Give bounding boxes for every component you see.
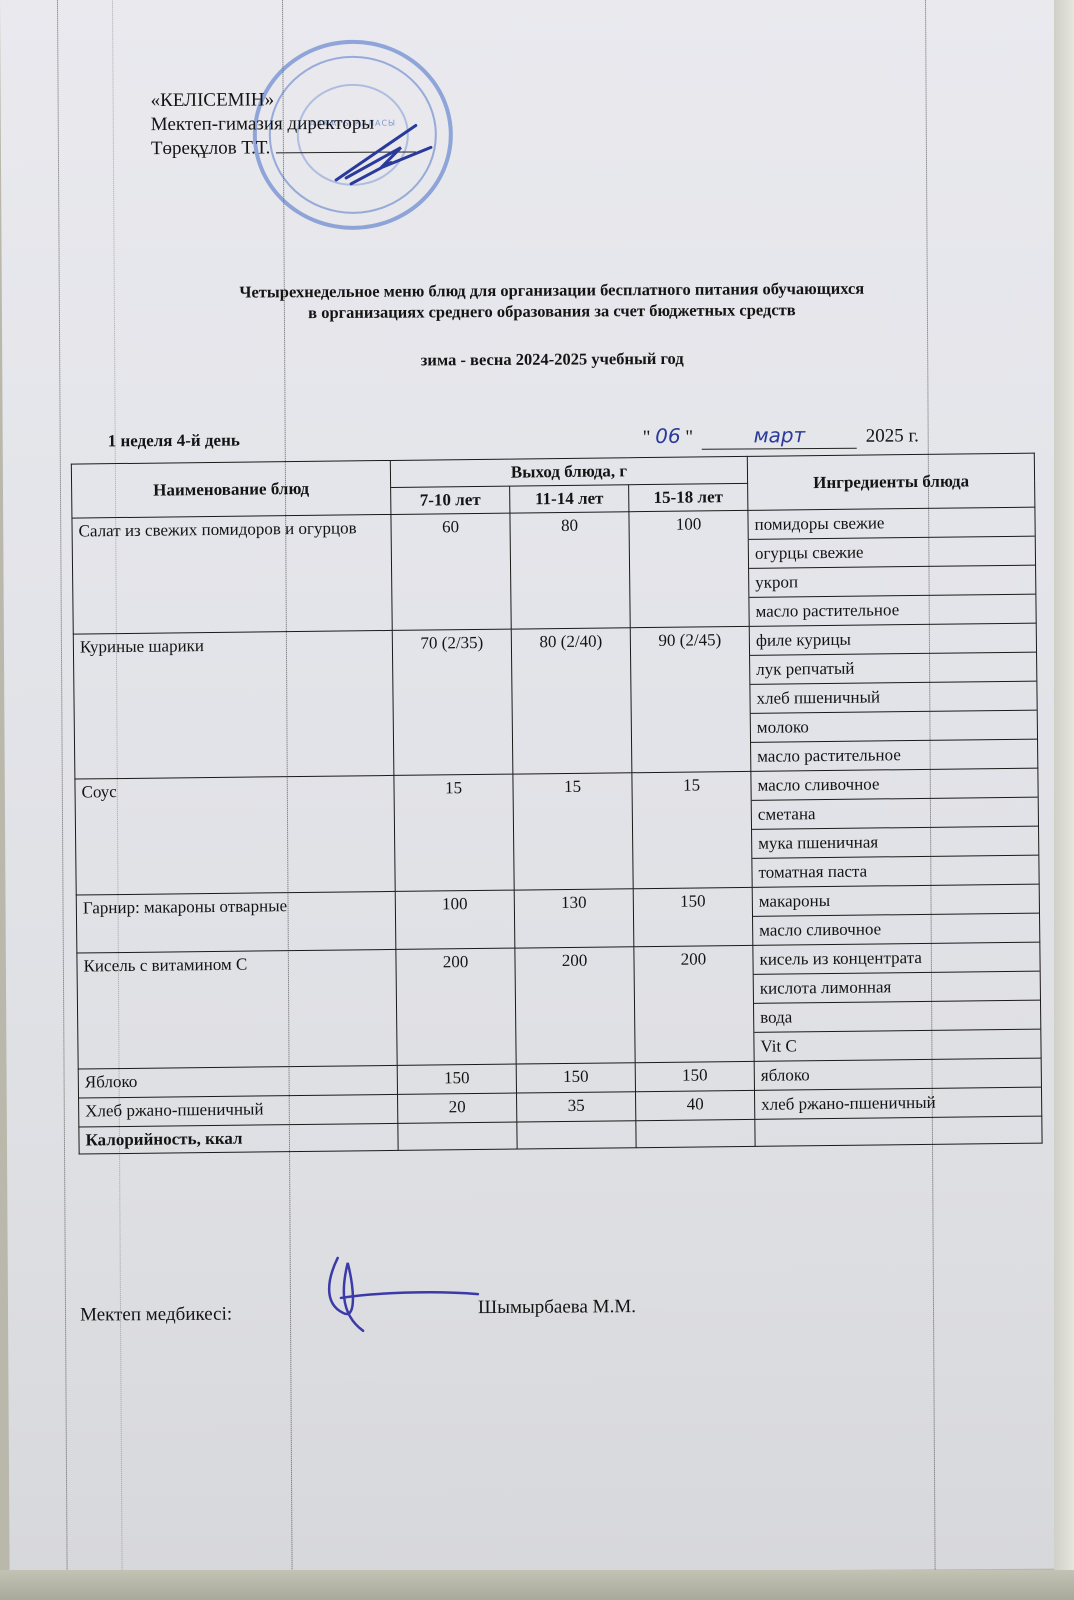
ingredient-item: хлеб ржано-пшеничный [755, 1088, 1041, 1119]
document-title: Четырехнедельное меню блюд для организац… [162, 277, 942, 324]
ingredient-item: Vit C [754, 1030, 1040, 1061]
calories-ingredients [755, 1116, 1042, 1146]
ingredients-list: кисель из концентратакислота лимоннаявод… [753, 942, 1041, 1061]
ingredient-item: помидоры свежие [748, 508, 1034, 540]
yield-11-14: 130 [514, 889, 634, 948]
background-edge [1054, 0, 1074, 1600]
date-year: 2025 г. [866, 425, 919, 446]
ingredient-item: филе курицы [750, 624, 1036, 656]
nurse-label: Мектеп медбикесі: [80, 1304, 232, 1327]
table-row: Гарнир: макароны отварные100130150макаро… [76, 884, 1040, 953]
ingredient-item: сметана [752, 798, 1038, 830]
header-age-11-14: 11-14 лет [510, 485, 629, 513]
yield-15-18: 150 [635, 1061, 754, 1091]
ingredient-item: масло растительное [749, 595, 1035, 626]
yield-11-14: 35 [517, 1092, 636, 1122]
ingredient-item: яблоко [755, 1059, 1041, 1090]
director-name: Төреқұлов Т.Т. [151, 137, 271, 159]
ingredient-item: молоко [751, 711, 1037, 743]
ingredient-item: хлеб пшеничный [750, 682, 1036, 714]
table-row: Соус151515масло сливочноесметанамука пше… [75, 768, 1039, 895]
yield-11-14: 80 (2/40) [511, 628, 632, 774]
perforation-line [57, 0, 68, 1575]
yield-15-18: 90 (2/45) [630, 626, 751, 772]
menu-table: Наименование блюд Выход блюда, г Ингреди… [71, 453, 1043, 1155]
ingredients-list: масло сливочноесметанамука пшеничнаятома… [751, 768, 1039, 887]
yield-11-14: 15 [513, 773, 633, 890]
ingredient-item: макароны [753, 885, 1039, 917]
yield-7-10: 100 [395, 890, 515, 949]
dish-name: Соус [75, 775, 395, 895]
ingredients-list: хлеб ржано-пшеничный [754, 1087, 1041, 1119]
yield-7-10: 20 [398, 1093, 517, 1123]
dish-name: Кисель с витамином С [77, 949, 397, 1069]
ingredients-list: помидоры свежиеогурцы свежиеукропмасло р… [748, 507, 1036, 626]
header-yield: Выход блюда, г [390, 456, 747, 487]
yield-11-14: 80 [510, 512, 630, 629]
header-age-7-10: 7-10 лет [391, 486, 510, 514]
ingredient-item: масло растительное [751, 740, 1037, 771]
week-day-label: 1 неделя 4-й день [108, 431, 240, 452]
yield-15-18: 100 [629, 510, 749, 627]
table-row: Салат из свежих помидоров и огурцов60801… [72, 507, 1036, 634]
yield-15-18: 150 [633, 887, 753, 946]
yield-15-18: 200 [634, 945, 754, 1062]
ingredients-list: филе курицылук репчатыйхлеб пшеничныймол… [749, 623, 1038, 771]
yield-15-18: 15 [632, 771, 752, 888]
yield-7-10: 70 (2/35) [392, 629, 513, 775]
date-month: март [753, 423, 805, 447]
ingredient-item: томатная паста [752, 856, 1038, 887]
ingredient-item: масло сливочное [751, 769, 1037, 801]
yield-11-14: 150 [516, 1063, 635, 1093]
calories-label: Калорийность, ккал [79, 1123, 398, 1154]
yield-7-10: 150 [397, 1064, 516, 1094]
dish-name: Гарнир: макароны отварные [76, 891, 396, 953]
yield-11-14: 200 [515, 947, 635, 1064]
ingredient-item: масло сливочное [753, 914, 1039, 945]
table-row: Кисель с витамином С200200200кисель из к… [77, 942, 1041, 1069]
ingredient-item: кислота лимонная [754, 972, 1040, 1004]
yield-7-10: 15 [394, 774, 514, 891]
header-ingredients: Ингредиенты блюда [747, 453, 1035, 510]
ingredient-item: лук репчатый [750, 653, 1036, 685]
ingredient-item: вода [754, 1001, 1040, 1033]
yield-15-18: 40 [635, 1090, 754, 1120]
yield-7-10: 200 [396, 948, 516, 1065]
header-age-15-18: 15-18 лет [629, 483, 748, 511]
director-signature-icon [321, 117, 441, 198]
nurse-signature-icon [313, 1242, 484, 1338]
ingredients-list: макаронымасло сливочное [752, 884, 1040, 945]
dish-name: Салат из свежих помидоров и огурцов [72, 514, 392, 634]
dish-name: Яблоко [78, 1065, 397, 1098]
ingredients-list: яблоко [754, 1058, 1041, 1090]
header-dish-name: Наименование блюд [71, 460, 391, 518]
dish-name: Куриные шарики [73, 630, 394, 779]
document-page: АЛМАТЫ ҚАЛАСЫ «КЕЛІСЕМІН» Мектеп-гимазия… [0, 0, 1070, 1575]
season-label: зима - весна 2024-2025 учебный год [162, 346, 942, 372]
ingredient-item: кисель из концентрата [753, 943, 1039, 975]
calories-15-18 [636, 1119, 755, 1147]
calories-7-10 [398, 1122, 517, 1150]
table-surface [0, 1570, 1074, 1600]
calories-11-14 [517, 1121, 636, 1149]
approval-title: «КЕЛІСЕМІН» [151, 87, 417, 113]
yield-7-10: 60 [391, 513, 511, 630]
nurse-name: Шымырбаева М.М. [478, 1296, 636, 1319]
document-date: " 06 " март 2025 г. [643, 422, 919, 450]
date-day: 06 [655, 424, 681, 448]
ingredient-item: мука пшеничная [752, 827, 1038, 859]
table-row: Куриные шарики70 (2/35)80 (2/40)90 (2/45… [73, 623, 1038, 779]
ingredient-item: укроп [749, 566, 1035, 598]
ingredient-item: огурцы свежие [749, 537, 1035, 569]
dish-name: Хлеб ржано-пшеничный [79, 1094, 398, 1127]
